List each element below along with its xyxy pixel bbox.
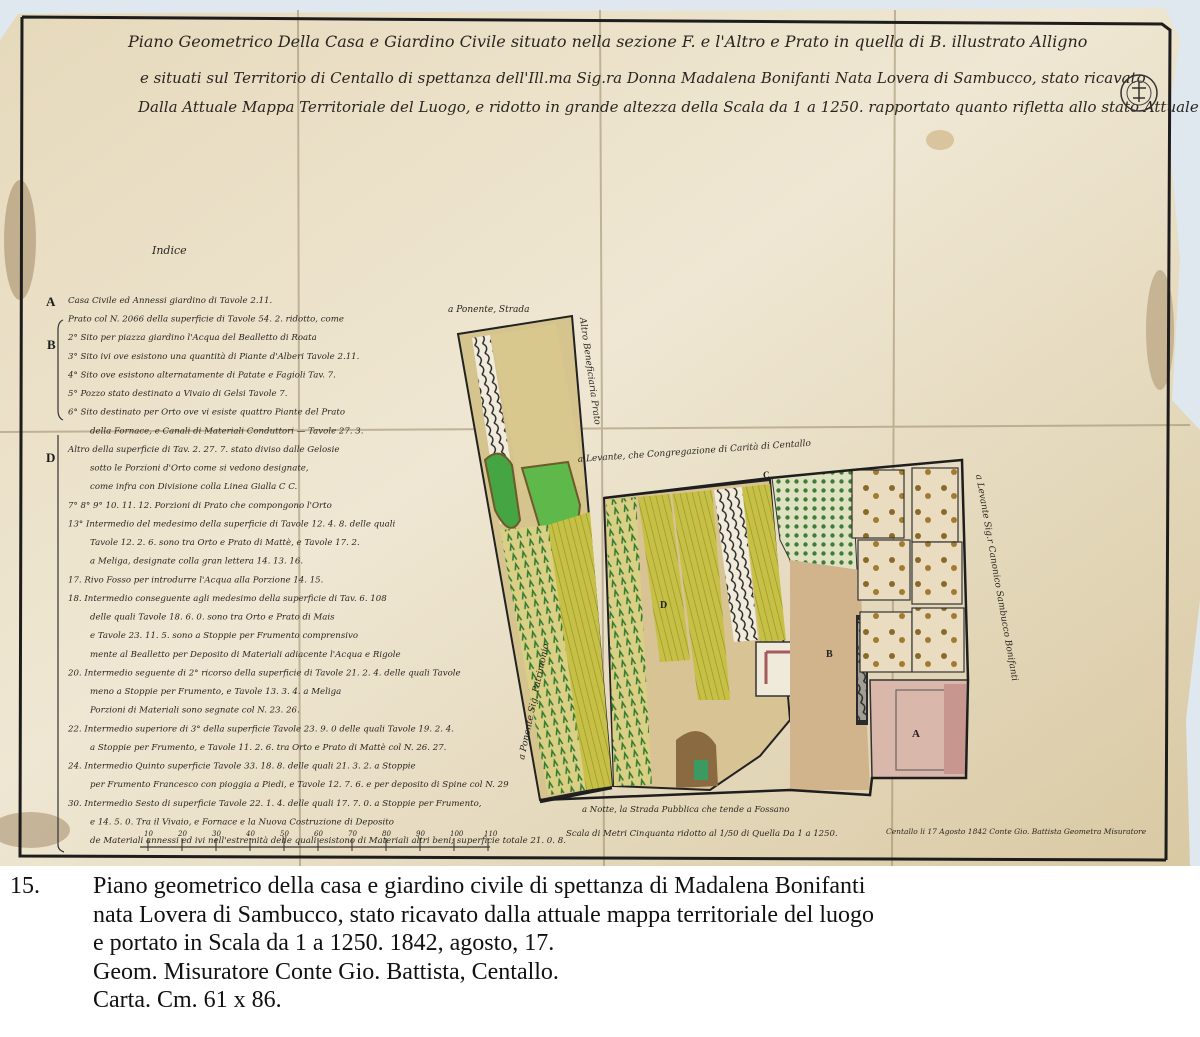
scale-tick-label: 60: [314, 830, 323, 838]
index-line: e 14. 5. 0. Tra il Vivaio, e Fornace e l…: [90, 817, 394, 827]
pond-water: [694, 760, 708, 780]
index-line: come infra con Divisione colla Linea Gia…: [90, 482, 297, 492]
scale-tick-label: 30: [212, 830, 221, 838]
index-line: e Tavole 23. 11. 5. sono a Stoppie per F…: [90, 631, 358, 641]
caption-line-surveyor: Geom. Misuratore Conte Gio. Battista, Ce…: [93, 958, 874, 987]
caption-line-scale-date: e portato in Scala da 1 a 1250. 1842, ag…: [93, 929, 874, 958]
index-letter-a: A: [46, 294, 56, 309]
index-line: meno a Stoppie per Frumento, e Tavole 13…: [90, 687, 341, 697]
index-line: Tavole 12. 2. 6. sono tra Orto e Prato d…: [90, 537, 360, 548]
map-drawing: Piano Geometrico Della Casa e Giardino C…: [0, 0, 1200, 866]
index-line: 13° Intermedio del medesimo della superf…: [68, 519, 396, 529]
index-heading: Indice: [151, 244, 187, 257]
index-line: 3° Sito ivi ove esistono una quantità di…: [68, 351, 359, 362]
annotation-south-road: a Notte, la Strada Pubblica che tende a …: [582, 805, 789, 815]
index-line: Altro della superficie di Tav. 2. 27. 7.…: [67, 445, 339, 455]
index-line: mente al Bealletto per Deposito di Mater…: [90, 650, 401, 660]
scale-tick-label: 80: [382, 830, 391, 838]
caption-text: Piano geometrico della casa e giardino c…: [93, 872, 874, 1015]
index-line: 18. Intermedio conseguente agli medesimo…: [68, 594, 387, 604]
annotation-west-road: a Ponente, Strada: [448, 305, 530, 315]
index-line: 20. Intermedio seguente di 2° ricorso de…: [67, 668, 461, 678]
index-line: 6° Sito destinato per Orto ove vi esiste…: [68, 408, 345, 418]
index-line: 17. Rivo Fosso per introdurre l'Acqua al…: [68, 575, 323, 585]
index-line: 22. Intermedio superiore di 3° della sup…: [67, 724, 454, 734]
scale-tick-label: 110: [484, 830, 498, 838]
scale-tick-label: 50: [280, 830, 289, 838]
scale-note: Scala di Metri Cinquanta ridotto al 1/50…: [566, 829, 838, 839]
index-line: della Fornace, e Canali di Materiali Con…: [90, 426, 363, 436]
plot-label-b: B: [826, 649, 833, 660]
map-title-line-2: e situati sul Territorio di Centallo di …: [140, 69, 1146, 87]
index-line: sotto le Porzioni d'Orto come si vedono …: [90, 464, 309, 474]
index-line: Prato col N. 2066 della superficie di Ta…: [67, 315, 344, 325]
index-line: 2° Sito per piazza giardino l'Acqua del …: [67, 333, 317, 343]
index-line: a Stoppie per Frumento, e Tavole 11. 2. …: [90, 742, 446, 753]
index-line: 24. Intermedio Quinto superficie Tavole …: [67, 762, 416, 772]
index-line: per Frumento Francesco con pioggia a Pie…: [90, 780, 509, 790]
historic-map-scan: Piano Geometrico Della Casa e Giardino C…: [0, 0, 1200, 866]
scale-tick-label: 40: [245, 830, 255, 838]
index-line: 5° Pozzo stato destinato a Vivaio di Gel…: [68, 389, 287, 399]
scale-tick-label: 10: [144, 830, 153, 838]
plot-label-d: D: [660, 600, 667, 611]
map-title-line-3: Dalla Attuale Mappa Territoriale del Luo…: [137, 98, 1199, 116]
signature-note: Centallo li 17 Agosto 1842 Conte Gio. Ba…: [886, 827, 1147, 836]
index-line: a Meliga, designate colla gran lettera 1…: [90, 557, 303, 567]
index-line: Porzioni di Materiali sono segnate col N…: [89, 706, 300, 716]
house-a-wing: [944, 684, 966, 774]
index-line: Casa Civile ed Annessi giardino di Tavol…: [68, 296, 272, 306]
scale-tick-label: 70: [348, 830, 357, 838]
catalog-caption: 15. Piano geometrico della casa e giardi…: [0, 866, 1200, 1037]
plot-label-a: A: [912, 728, 920, 740]
scale-tick-label: 90: [416, 830, 425, 838]
map-title-line-1: Piano Geometrico Della Casa e Giardino C…: [127, 32, 1087, 51]
index-line: 7° 8° 9° 10. 11. 12. Porzioni di Prato c…: [68, 501, 332, 511]
index-line: delle quali Tavole 18. 6. 0. sono tra Or…: [90, 613, 335, 623]
index-line: 30. Intermedio Sesto di superficie Tavol…: [68, 799, 482, 809]
caption-line-title: Piano geometrico della casa e giardino c…: [93, 872, 874, 901]
caption-line-owner: nata Lovera di Sambucco, stato ricavato …: [93, 901, 874, 930]
index-letter-b: B: [47, 337, 56, 352]
scale-tick-label: 100: [450, 830, 464, 838]
scale-tick-label: 20: [177, 830, 187, 838]
index-letter-d: D: [46, 450, 55, 465]
caption-number: 15.: [10, 872, 40, 900]
index-line: 4° Sito ove esistono alternatamente di P…: [67, 371, 336, 381]
plot-label-c: C: [763, 470, 770, 480]
caption-line-medium: Carta. Cm. 61 x 86.: [93, 986, 874, 1015]
